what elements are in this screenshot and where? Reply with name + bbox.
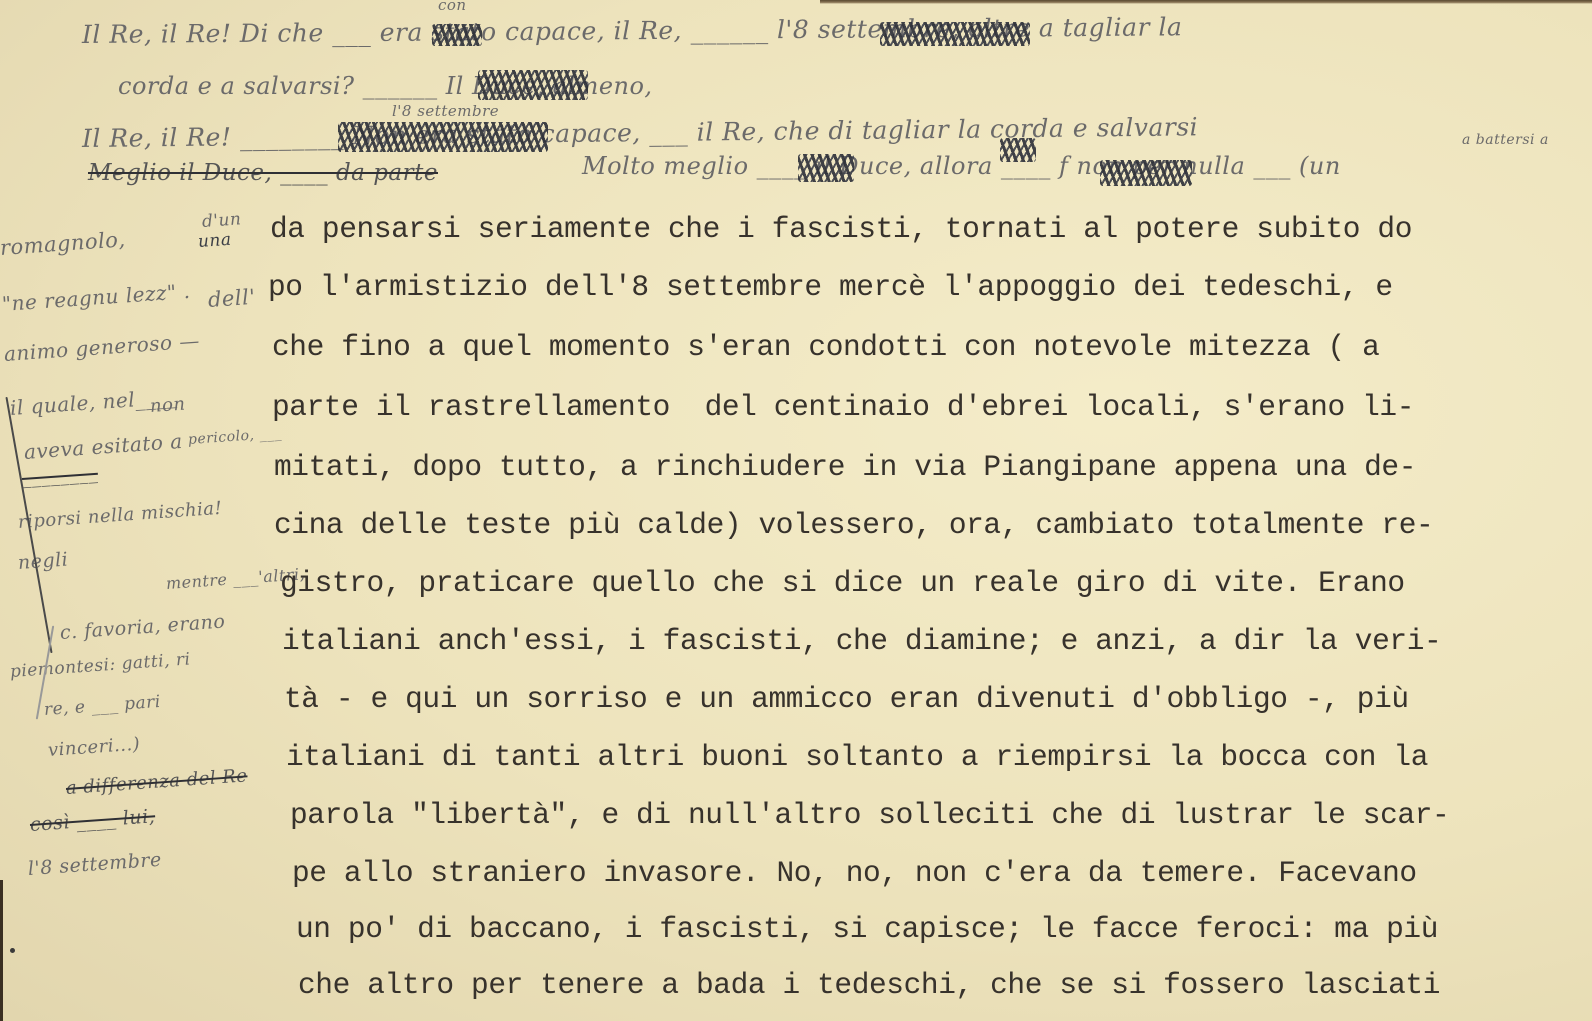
typed-line: gistro, praticare quello che si dice un … bbox=[280, 566, 1405, 600]
handwritten-above-line1: con bbox=[438, 0, 467, 14]
margin-note: così ____ lui, bbox=[29, 805, 156, 836]
scribble-strike bbox=[478, 70, 588, 100]
handwritten-above-line4-right: a battersi a bbox=[1462, 132, 1549, 148]
margin-note: pericolo, ___ bbox=[187, 425, 282, 448]
margin-note: d'un bbox=[201, 209, 242, 232]
typed-line: italiani di tanti altri buoni soltanto a… bbox=[286, 740, 1428, 774]
margin-note: negli bbox=[17, 549, 69, 574]
margin-note: non bbox=[149, 394, 186, 417]
page-top-edge bbox=[820, 0, 1592, 4]
margin-note: piemontesi: gatti, ri bbox=[9, 649, 191, 682]
scribble-strike bbox=[798, 154, 854, 182]
typed-line: parte il rastrellamento del centinaio d'… bbox=[272, 390, 1414, 424]
scribble-strike bbox=[880, 22, 1030, 46]
page-left-edge bbox=[0, 880, 3, 1021]
handwritten-line-4-struck: Meglio il Duce, ____ da parte bbox=[88, 160, 438, 186]
scribble-strike bbox=[1100, 160, 1192, 186]
ink-mark bbox=[10, 948, 15, 953]
margin-note: romagnolo, bbox=[0, 227, 126, 260]
typed-line: po l'armistizio dell'8 settembre mercè l… bbox=[268, 270, 1393, 304]
typed-line: tà - e qui un sorriso e un ammicco eran … bbox=[284, 682, 1409, 716]
handwritten-line-4: Molto meglio ____ il Duce, allora ____ f… bbox=[582, 152, 1341, 180]
margin-note: c. favoria, erano bbox=[59, 610, 226, 644]
scribble-strike bbox=[432, 24, 482, 46]
typed-line: parola "libertà", e di null'altro sollec… bbox=[290, 798, 1449, 832]
margin-note: re, e ___ pari bbox=[43, 692, 161, 720]
manuscript-page: con Il Re, il Re! Di che ___ era stato c… bbox=[0, 0, 1592, 1021]
typed-line: un po' di baccano, i fascisti, si capisc… bbox=[296, 912, 1438, 946]
margin-note: una bbox=[197, 230, 232, 252]
margin-note: a differenza del Re bbox=[65, 765, 248, 799]
margin-note: animo generoso — bbox=[3, 328, 200, 366]
typed-line: cina delle teste più calde) volessero, o… bbox=[274, 508, 1433, 542]
margin-note: ________ bbox=[21, 463, 98, 489]
typed-line: che altro per tenere a bada i tedeschi, … bbox=[298, 968, 1440, 1002]
margin-note: riporsi nella mischia! bbox=[17, 498, 223, 533]
margin-note: "ne reagnu lezz" . bbox=[1, 279, 191, 316]
typed-line: da pensarsi seriamente che i fascisti, t… bbox=[270, 212, 1412, 246]
typed-line: italiani anch'essi, i fascisti, che diam… bbox=[282, 624, 1441, 658]
typed-line: pe allo straniero invasore. No, no, non … bbox=[292, 856, 1417, 890]
scribble-strike bbox=[338, 122, 548, 152]
typed-line: che fino a quel momento s'eran condotti … bbox=[272, 330, 1379, 364]
handwritten-above-line3: l'8 settembre bbox=[392, 102, 499, 120]
margin-note: vinceri...) bbox=[47, 734, 141, 761]
margin-note: aveva esitato a bbox=[23, 429, 183, 464]
margin-note: dell' bbox=[207, 285, 256, 312]
margin-note: l'8 settembre bbox=[27, 849, 162, 880]
typed-line: mitati, dopo tutto, a rinchiudere in via… bbox=[274, 450, 1416, 484]
